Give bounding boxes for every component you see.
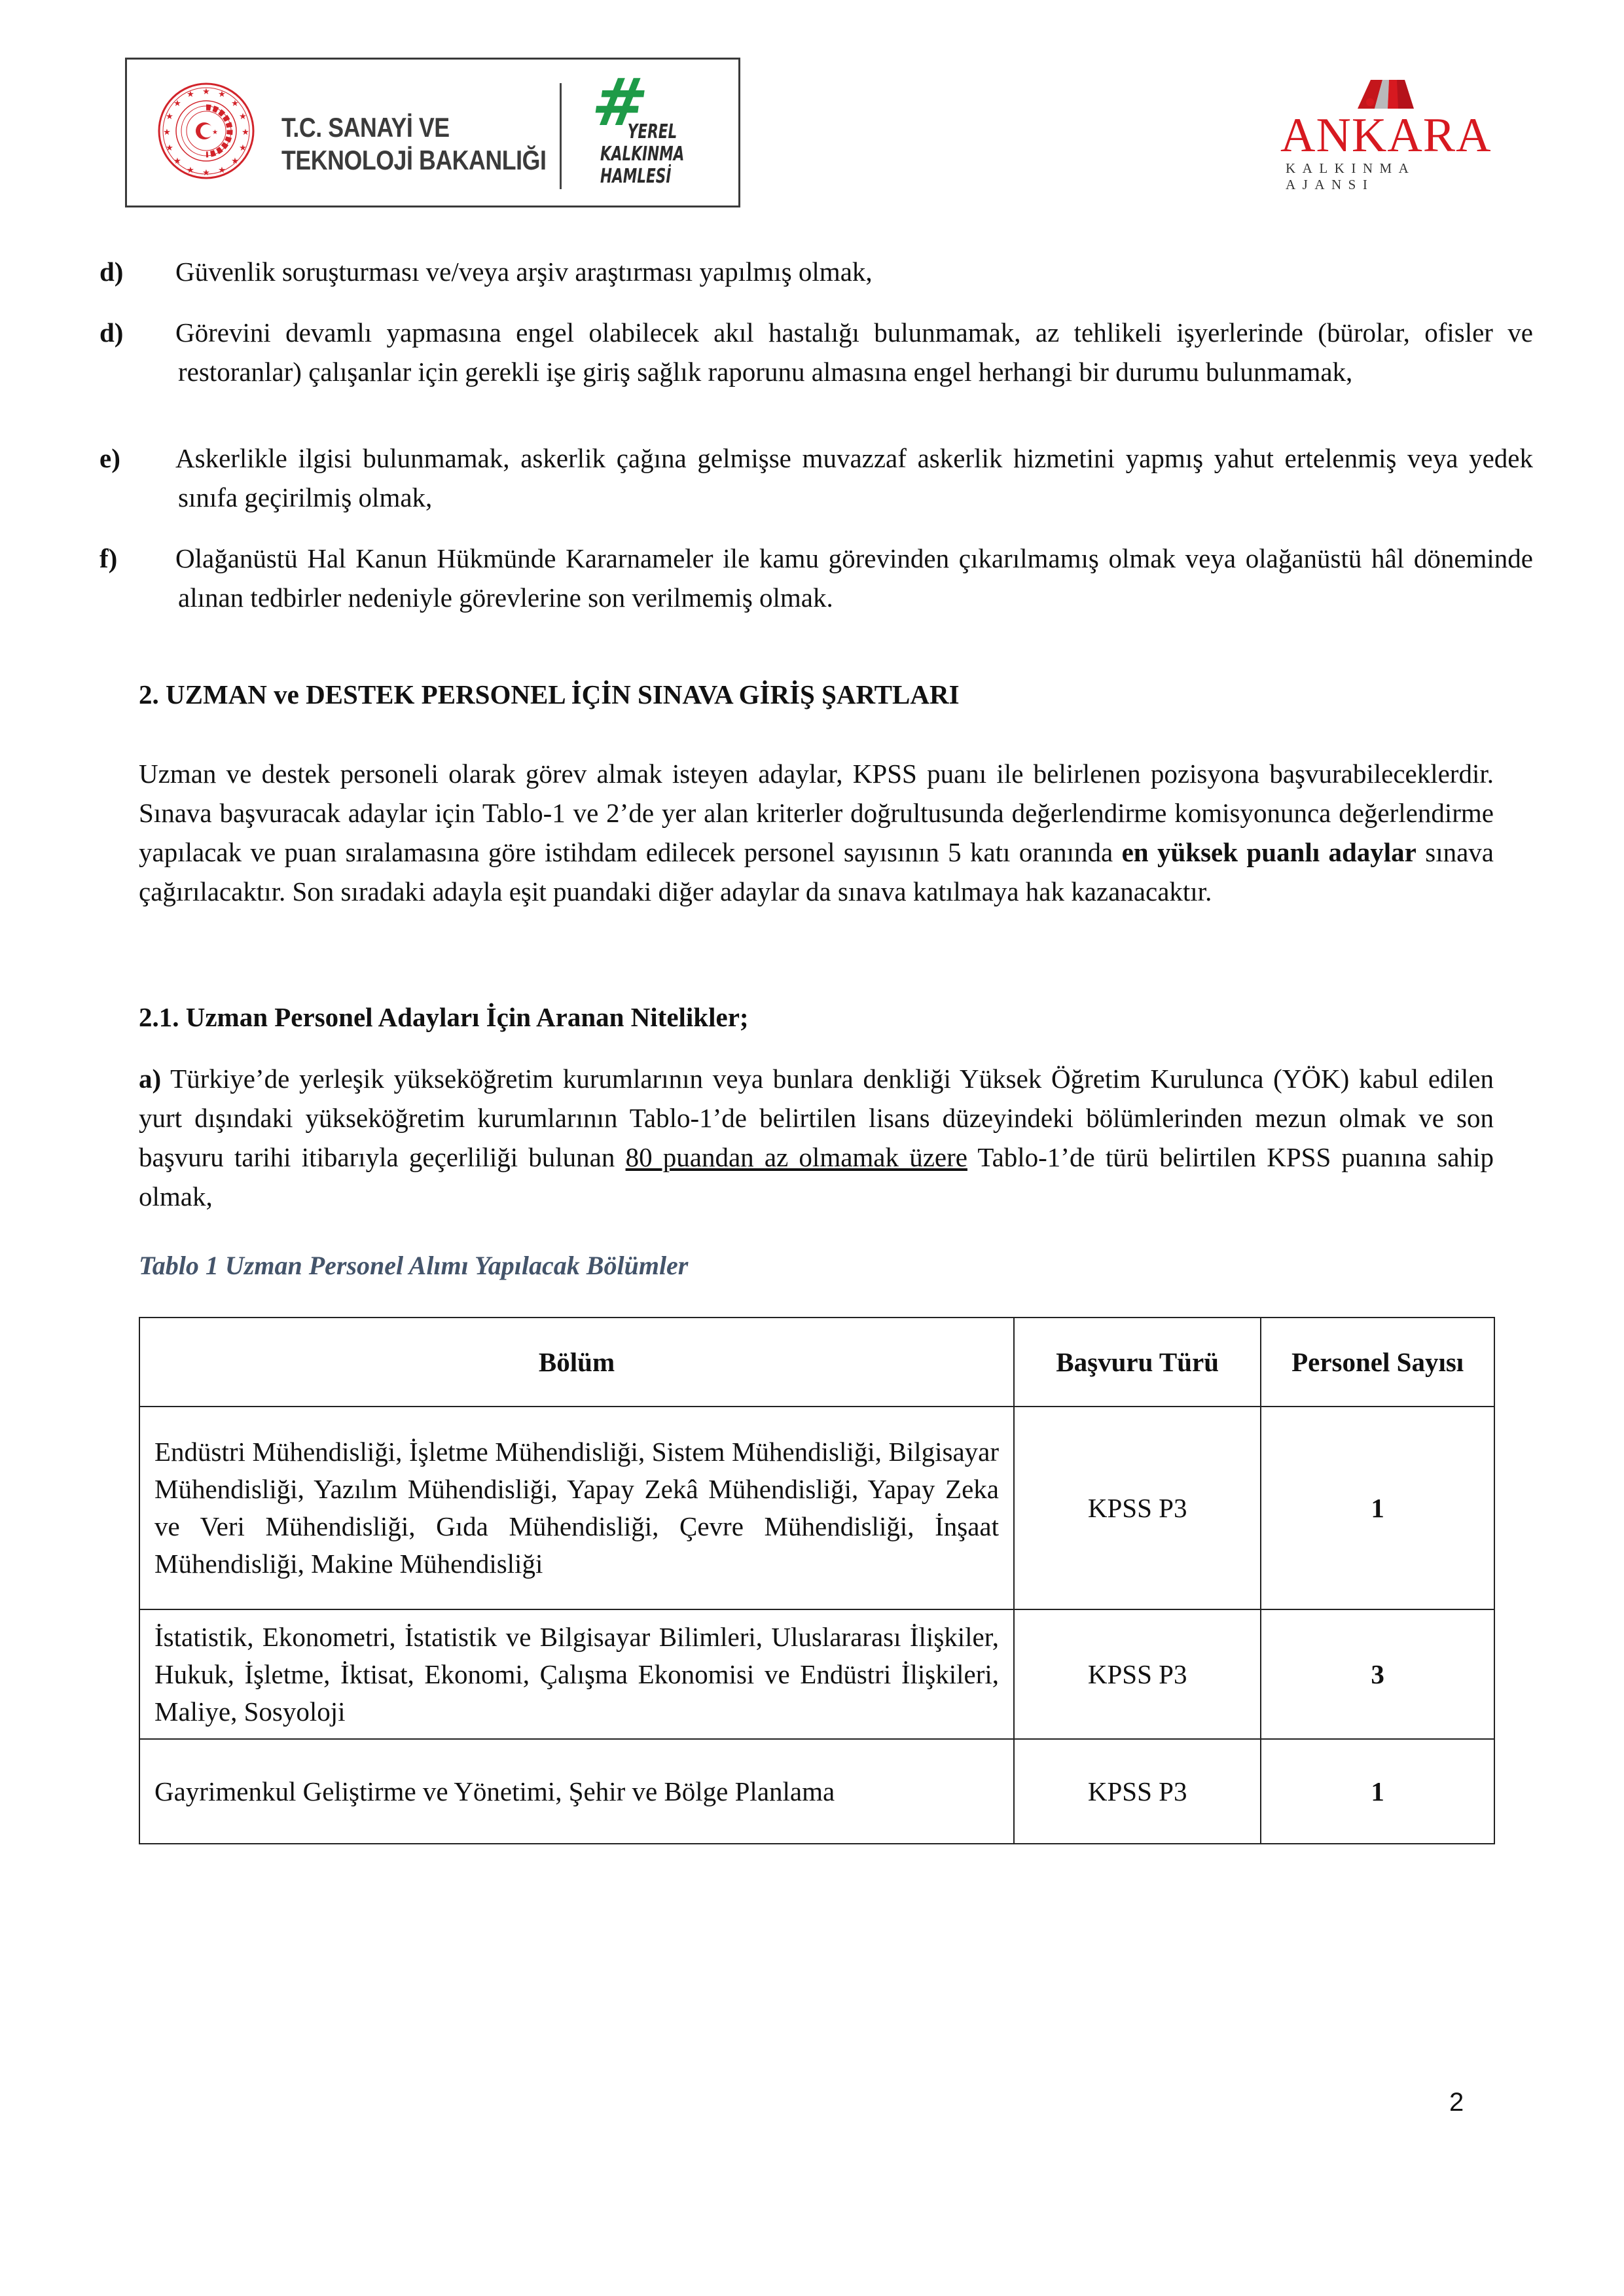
campaign-line1: YEREL: [600, 121, 684, 143]
svg-text:★: ★: [173, 156, 181, 166]
ministry-name-line2: TEKNOLOJİ BAKANLIĞI: [281, 144, 546, 177]
cell-department: Endüstri Mühendisliği, İşletme Mühendisl…: [139, 1407, 1014, 1609]
item-label: e): [139, 439, 175, 478]
table-row: İstatistik, Ekonometri, İstatistik ve Bi…: [139, 1609, 1494, 1739]
ministry-name: T.C. SANAYİ VE TEKNOLOJİ BAKANLIĞI: [281, 111, 546, 177]
svg-text:★: ★: [231, 156, 239, 166]
svg-text:★: ★: [239, 112, 247, 122]
logo-divider: [560, 83, 562, 189]
item-label: f): [139, 539, 175, 578]
column-header-application-type: Başvuru Türü: [1014, 1318, 1261, 1407]
svg-text:★: ★: [242, 128, 249, 137]
agency-name: ANKARA: [1280, 111, 1492, 160]
svg-text:★: ★: [187, 90, 194, 99]
agency-subtitle: KALKINMA AJANSI: [1286, 160, 1486, 193]
item-label: d): [139, 252, 175, 291]
cell-application-type: KPSS P3: [1014, 1739, 1261, 1844]
item-text: Güvenlik soruşturması ve/veya arşiv araş…: [175, 257, 873, 287]
departments-table: Bölüm Başvuru Türü Personel Sayısı Endüs…: [139, 1317, 1495, 1844]
yerel-kalkinma-hamlesi-logo: # YEREL KALKINMA HAMLESİ: [592, 82, 723, 193]
section-paragraph: Uzman ve destek personeli olarak görev a…: [139, 754, 1494, 911]
svg-text:★: ★: [218, 166, 226, 175]
table-row: Endüstri Mühendisliği, İşletme Mühendisl…: [139, 1407, 1494, 1609]
ministry-seal-icon: ★★★ ★★ ★★ ★★ ★★ ★★ ★★★ ★: [157, 79, 255, 183]
table-row: Gayrimenkul Geliştirme ve Yönetimi, Şehi…: [139, 1739, 1494, 1844]
cell-staff-count: 3: [1261, 1609, 1494, 1739]
table-header-row: Bölüm Başvuru Türü Personel Sayısı: [139, 1318, 1494, 1407]
svg-text:★: ★: [173, 99, 181, 109]
page-number: 2: [1449, 2088, 1464, 2117]
svg-text:★: ★: [163, 128, 171, 137]
svg-text:★: ★: [231, 99, 239, 109]
campaign-line2: KALKINMA: [600, 143, 684, 166]
svg-text:★: ★: [202, 168, 210, 178]
svg-text:★: ★: [166, 143, 173, 153]
item-text: Olağanüstü Hal Kanun Hükmünde Kararnamel…: [175, 543, 1533, 613]
underlined-text: 80 puandan az olmamak üzere: [626, 1142, 967, 1172]
campaign-line3: HAMLESİ: [600, 166, 684, 188]
requirement-item: e)Askerlikle ilgisi bulunmamak, askerlik…: [139, 439, 1533, 517]
table-caption: Tablo 1 Uzman Personel Alımı Yapılacak B…: [139, 1250, 688, 1281]
ankara-arch-icon: [1348, 77, 1420, 109]
cell-application-type: KPSS P3: [1014, 1407, 1261, 1609]
cell-staff-count: 1: [1261, 1407, 1494, 1609]
item-label: a): [139, 1064, 161, 1094]
svg-text:★: ★: [166, 112, 173, 122]
cell-application-type: KPSS P3: [1014, 1609, 1261, 1739]
svg-text:★: ★: [218, 90, 226, 99]
ministry-name-line1: T.C. SANAYİ VE: [281, 111, 546, 144]
requirement-item: f)Olağanüstü Hal Kanun Hükmünde Kararnam…: [139, 539, 1533, 617]
item-label: d): [139, 313, 175, 352]
requirement-item: d)Güvenlik soruşturması ve/veya arşiv ar…: [139, 252, 1533, 291]
column-header-department: Bölüm: [139, 1318, 1014, 1407]
column-header-staff-count: Personel Sayısı: [1261, 1318, 1494, 1407]
item-text: Askerlikle ilgisi bulunmamak, askerlik ç…: [175, 443, 1533, 512]
qualification-item-a: a) Türkiye’de yerleşik yükseköğretim kur…: [139, 1059, 1494, 1216]
svg-text:★: ★: [187, 166, 194, 175]
cell-staff-count: 1: [1261, 1739, 1494, 1844]
paragraph-bold-text: en yüksek puanlı adaylar: [1122, 837, 1416, 867]
item-text: Görevini devamlı yapmasına engel olabile…: [175, 317, 1533, 387]
svg-text:★: ★: [212, 129, 218, 136]
subsection-heading: 2.1. Uzman Personel Adayları İçin Aranan…: [139, 1001, 749, 1033]
svg-text:★: ★: [202, 87, 210, 97]
cell-department: İstatistik, Ekonometri, İstatistik ve Bi…: [139, 1609, 1014, 1739]
section-heading: 2. UZMAN ve DESTEK PERSONEL İÇİN SINAVA …: [139, 679, 960, 710]
requirement-item: d)Görevini devamlı yapmasına engel olabi…: [139, 313, 1533, 391]
cell-department: Gayrimenkul Geliştirme ve Yönetimi, Şehi…: [139, 1739, 1014, 1844]
ankara-kalkinma-ajansi-logo: ANKARA KALKINMA AJANSI: [1270, 72, 1486, 177]
svg-text:★: ★: [239, 143, 247, 153]
